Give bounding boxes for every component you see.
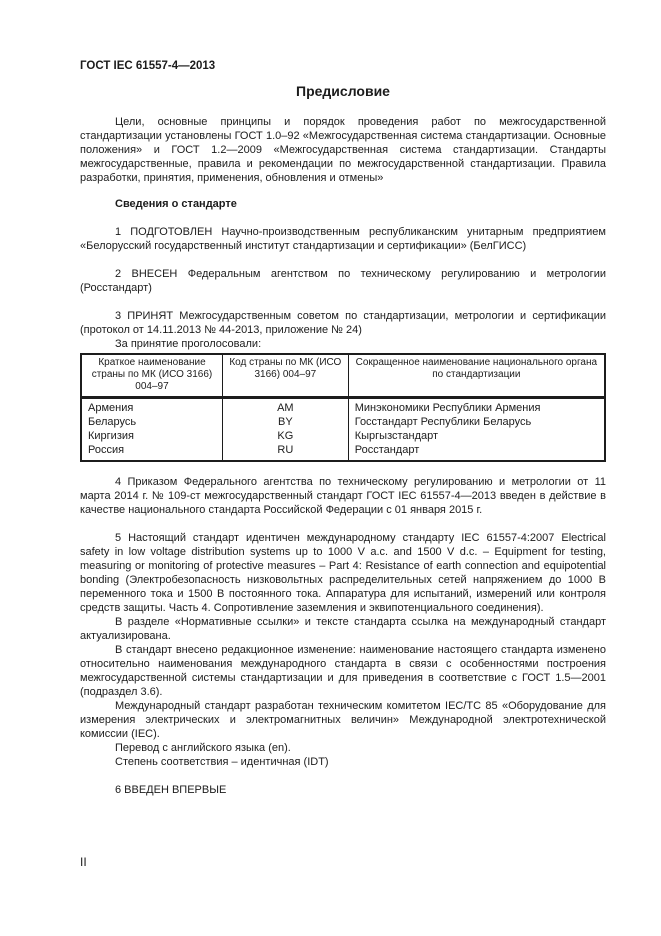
para-links: В разделе «Нормативные ссылки» и тексте …	[80, 615, 606, 643]
cell-country: Армения	[81, 398, 222, 416]
vote-table: Краткое наименование страны по МК (ИСО 3…	[80, 353, 606, 462]
table-header-row: Краткое наименование страны по МК (ИСО 3…	[81, 354, 605, 398]
page-content: ГОСТ IEC 61557-4—2013 Предисловие Цели, …	[80, 60, 606, 797]
cell-org: Минэкономики Республики Армения	[348, 398, 605, 416]
page-title: Предисловие	[80, 83, 606, 99]
cell-country: Беларусь	[81, 415, 222, 429]
table-row: Армения AM Минэкономики Республики Армен…	[81, 398, 605, 416]
table-header-org: Сокращенное наименование национального о…	[348, 354, 605, 398]
cell-code: KG	[222, 429, 348, 443]
info-item-2: 2 ВНЕСЕН Федеральным агентством по техни…	[80, 267, 606, 295]
standard-info-heading: Сведения о стандарте	[80, 197, 606, 211]
doc-code: ГОСТ IEC 61557-4—2013	[80, 60, 606, 73]
info-item-5: 5 Настоящий стандарт идентичен междунаро…	[80, 531, 606, 615]
cell-code: RU	[222, 443, 348, 461]
info-item-3: 3 ПРИНЯТ Межгосударственным советом по с…	[80, 309, 606, 337]
cell-code: AM	[222, 398, 348, 416]
cell-org: Кыргызстандарт	[348, 429, 605, 443]
cell-country: Россия	[81, 443, 222, 461]
page-number: II	[80, 855, 87, 869]
document-page: ГОСТ IEC 61557-4—2013 Предисловие Цели, …	[0, 0, 661, 936]
info-item-6: 6 ВВЕДЕН ВПЕРВЫЕ	[80, 783, 606, 797]
info-item-1: 1 ПОДГОТОВЛЕН Научно-производственным ре…	[80, 225, 606, 253]
cell-org: Росстандарт	[348, 443, 605, 461]
table-header-code: Код страны по МК (ИСО 3166) 004–97	[222, 354, 348, 398]
cell-org: Госстандарт Республики Беларусь	[348, 415, 605, 429]
para-degree: Степень соответствия – идентичная (IDT)	[80, 755, 606, 769]
table-row: Россия RU Росстандарт	[81, 443, 605, 461]
para-committee: Международный стандарт разработан технич…	[80, 699, 606, 741]
table-header-country: Краткое наименование страны по МК (ИСО 3…	[81, 354, 222, 398]
intro-paragraph: Цели, основные принципы и порядок провед…	[80, 115, 606, 185]
para-translation: Перевод с английского языка (en).	[80, 741, 606, 755]
para-edit: В стандарт внесено редакционное изменени…	[80, 643, 606, 699]
info-item-4: 4 Приказом Федерального агентства по тех…	[80, 475, 606, 517]
cell-country: Киргизия	[81, 429, 222, 443]
table-row: Беларусь BY Госстандарт Республики Белар…	[81, 415, 605, 429]
vote-lead: За принятие проголосовали:	[80, 337, 606, 351]
table-row: Киргизия KG Кыргызстандарт	[81, 429, 605, 443]
cell-code: BY	[222, 415, 348, 429]
